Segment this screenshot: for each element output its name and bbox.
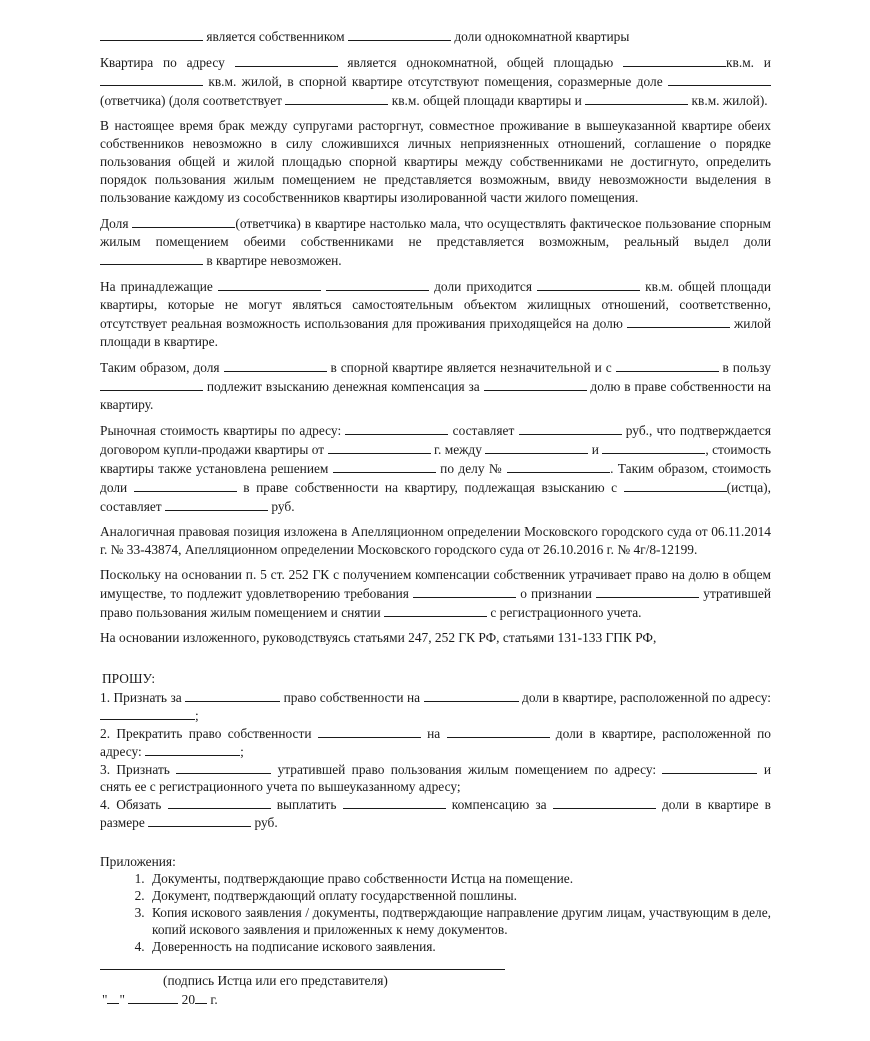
text: в пользу (723, 360, 771, 375)
year-field[interactable] (195, 990, 207, 1004)
text: г. (210, 992, 217, 1007)
request-title: ПРОШУ: (102, 670, 771, 688)
text: кв.м. жилой). (692, 93, 768, 108)
blank-field[interactable] (235, 53, 338, 67)
text: является однокомнатной, общей площадью (347, 55, 613, 70)
text: 3. Признать (100, 762, 170, 777)
text: Рыночная стоимость квартиры по адресу: (100, 423, 341, 438)
blank-field[interactable] (333, 459, 436, 473)
text: в квартире невозможен. (206, 253, 341, 268)
text: и (592, 442, 599, 457)
day-field[interactable] (107, 990, 119, 1004)
blank-field[interactable] (616, 358, 719, 372)
text: кв.м. и (726, 55, 771, 70)
blank-field[interactable] (134, 478, 237, 492)
text: доли однокомнатной квартиры (454, 29, 629, 44)
blank-field[interactable] (627, 314, 730, 328)
text: кв.м. жилой, в спорной квартире отсутств… (208, 74, 662, 89)
text: ; (240, 744, 244, 759)
text: компенсацию за (452, 797, 547, 812)
text: г. между (434, 442, 482, 457)
text: Квартира по адресу (100, 55, 225, 70)
blank-field[interactable] (145, 742, 240, 756)
claim-document: является собственником доли однокомнатно… (100, 27, 771, 1009)
blank-field[interactable] (343, 795, 446, 809)
blank-field[interactable] (413, 584, 516, 598)
text: в праве собственности на квартиру, подле… (243, 480, 617, 495)
blank-field[interactable] (585, 91, 688, 105)
attachment-item: Документы, подтверждающие право собствен… (148, 870, 771, 887)
blank-field[interactable] (165, 497, 268, 511)
blank-field[interactable] (318, 724, 421, 738)
text: в спорной квартире является незначительн… (330, 360, 611, 375)
text: выплатить (277, 797, 337, 812)
request-item-3: 3. Признать утратившей право пользования… (100, 760, 771, 795)
blank-field[interactable] (100, 377, 203, 391)
text: Таким образом, доля (100, 360, 220, 375)
blank-field[interactable] (624, 478, 727, 492)
text: подлежит взысканию денежная компенсация … (207, 379, 480, 394)
blank-field[interactable] (132, 214, 235, 228)
text: право собственности на (284, 690, 421, 705)
blank-field[interactable] (484, 377, 587, 391)
blank-field[interactable] (148, 813, 251, 827)
attachment-item: Копия искового заявления / документы, по… (148, 904, 771, 938)
blank-field[interactable] (168, 795, 271, 809)
blank-field[interactable] (348, 27, 451, 41)
paragraph-apartment: Квартира по адресу является однокомнатно… (100, 53, 771, 110)
text: ; (195, 708, 199, 723)
text: составляет (453, 423, 515, 438)
paragraph-compensation: Таким образом, доля в спорной квартире я… (100, 358, 771, 414)
blank-field[interactable] (623, 53, 726, 67)
text: (ответчика) (доля соответствует (100, 93, 282, 108)
blank-field[interactable] (100, 251, 203, 265)
request-item-2: 2. Прекратить право собственности на дол… (100, 724, 771, 760)
text: " (119, 992, 124, 1007)
paragraph-owner: является собственником доли однокомнатно… (100, 27, 771, 46)
text: доли в квартире, расположенной по адресу… (522, 690, 771, 705)
blank-field[interactable] (185, 688, 280, 702)
text: доли приходится (434, 279, 532, 294)
text: Доля (100, 216, 129, 231)
text: 1. Признать за (100, 690, 182, 705)
blank-field[interactable] (537, 277, 640, 291)
text: 20 (182, 992, 195, 1007)
blank-field[interactable] (100, 72, 203, 86)
text: руб. (255, 815, 278, 830)
blank-field[interactable] (662, 760, 757, 774)
blank-field[interactable] (326, 277, 429, 291)
text: кв.м. общей площади квартиры и (392, 93, 582, 108)
text: руб. (271, 499, 294, 514)
blank-field[interactable] (218, 277, 321, 291)
date-line: "" 20 г. (102, 990, 771, 1009)
blank-field[interactable] (447, 724, 550, 738)
paragraph-share-small: Доля (ответчика) в квартире настолько ма… (100, 214, 771, 270)
blank-field[interactable] (668, 72, 771, 86)
blank-field[interactable] (100, 706, 195, 720)
text: 4. Обязать (100, 797, 161, 812)
blank-field[interactable] (602, 440, 705, 454)
paragraph-market-value: Рыночная стоимость квартиры по адресу: с… (100, 421, 771, 516)
request-item-4: 4. Обязать выплатить компенсацию за доли… (100, 795, 771, 831)
blank-field[interactable] (224, 358, 327, 372)
text: с регистрационного учета. (490, 605, 641, 620)
blank-field[interactable] (176, 760, 271, 774)
paragraph-divorce: В настоящее время брак между супругами р… (100, 117, 771, 207)
attachment-item: Доверенность на подписание искового заяв… (148, 938, 771, 955)
blank-field[interactable] (596, 584, 699, 598)
month-field[interactable] (128, 990, 178, 1004)
attachments-list: Документы, подтверждающие право собствен… (100, 870, 771, 955)
signature-caption: (подпись Истца или его представителя) (163, 972, 771, 990)
blank-field[interactable] (384, 603, 487, 617)
attachment-item: Документ, подтверждающий оплату государс… (148, 887, 771, 904)
paragraph-area: На принадлежащие доли приходится кв.м. о… (100, 277, 771, 351)
paragraph-loss-of-right: Поскольку на основании п. 5 ст. 252 ГК с… (100, 566, 771, 622)
text: является собственником (206, 29, 344, 44)
blank-field[interactable] (507, 459, 610, 473)
blank-field[interactable] (328, 440, 431, 454)
blank-field[interactable] (485, 440, 588, 454)
text: на (427, 726, 440, 741)
attachments-title: Приложения: (100, 853, 771, 870)
blank-field[interactable] (553, 795, 656, 809)
blank-field[interactable] (424, 688, 519, 702)
paragraph-legal-basis: На основании изложенного, руководствуясь… (100, 629, 771, 647)
signature-line[interactable] (100, 963, 505, 970)
blank-field[interactable] (285, 91, 388, 105)
text: утратившей право пользования жилым помещ… (278, 762, 657, 777)
text: по делу № (440, 461, 503, 476)
blank-field[interactable] (345, 421, 448, 435)
blank-field[interactable] (100, 27, 203, 41)
blank-field[interactable] (519, 421, 622, 435)
text: 2. Прекратить право собственности (100, 726, 311, 741)
request-item-1: 1. Признать за право собственности на до… (100, 688, 771, 724)
paragraph-legal-position: Аналогичная правовая позиция изложена в … (100, 523, 771, 559)
text: На принадлежащие (100, 279, 213, 294)
text: о признании (520, 586, 592, 601)
